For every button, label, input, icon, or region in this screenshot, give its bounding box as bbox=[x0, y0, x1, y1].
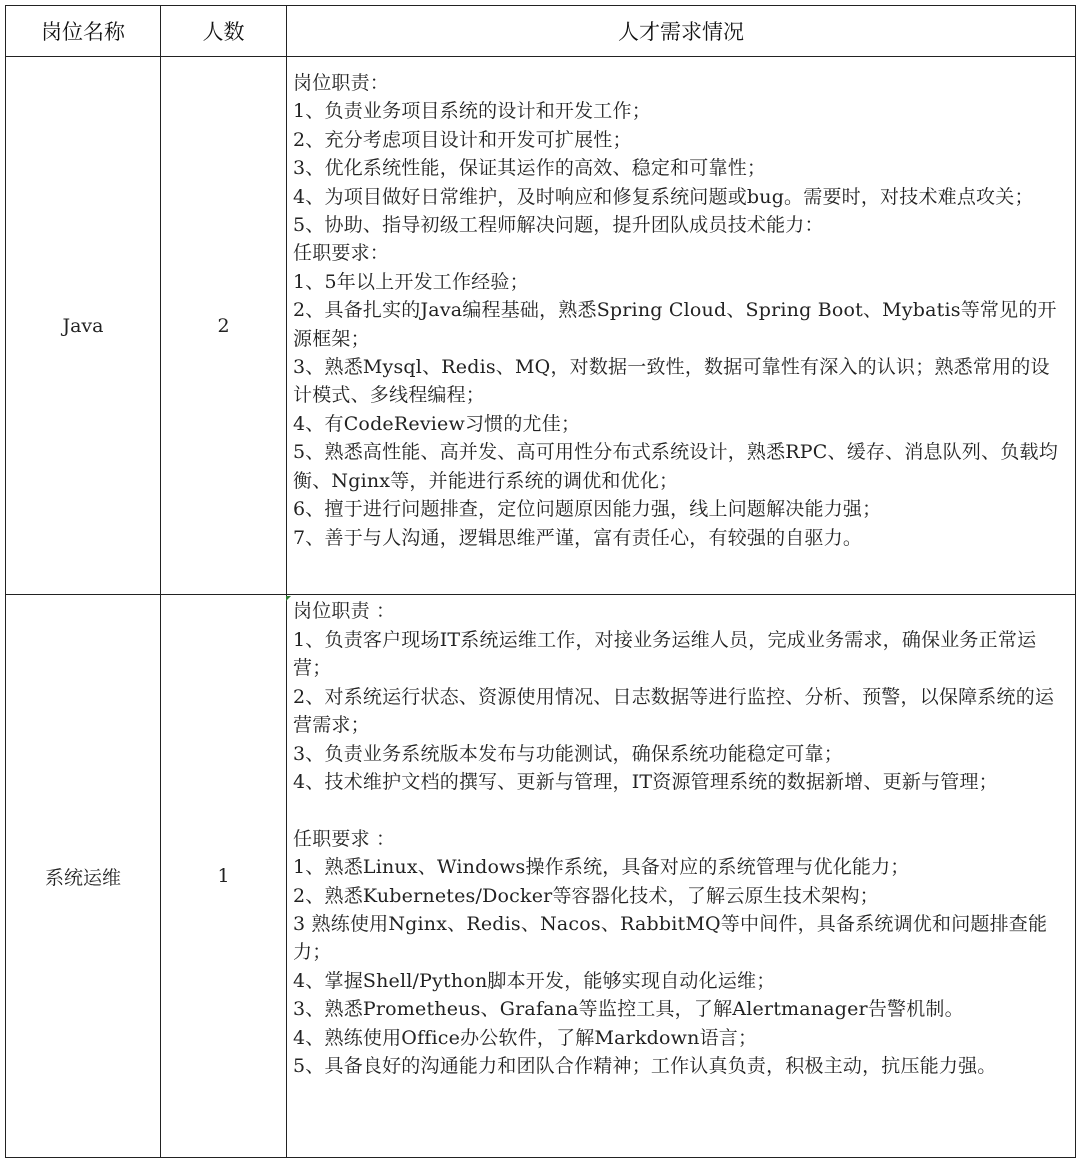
list-item: 3 熟练使用Nginx、Redis、Nacos、RabbitMQ等中间件，具备系… bbox=[293, 910, 1067, 967]
list-item: 3、优化系统性能，保证其运作的高效、稳定和可靠性； bbox=[293, 154, 1067, 182]
count-cell: 1 bbox=[161, 595, 287, 1158]
job-requirements-table: 岗位名称 人数 人才需求情况 Java 2 岗位职责： 1、负责业务项目系统的设… bbox=[5, 5, 1076, 1158]
list-item: 3、熟悉Mysql、Redis、MQ，对数据一致性，数据可靠性有深入的认识；熟悉… bbox=[293, 353, 1067, 410]
header-row: 岗位名称 人数 人才需求情况 bbox=[6, 6, 1076, 57]
table-row-java: Java 2 岗位职责： 1、负责业务项目系统的设计和开发工作； 2、充分考虑项… bbox=[6, 57, 1076, 595]
list-item: 2、熟悉Kubernetes/Docker等容器化技术，了解云原生技术架构； bbox=[293, 882, 1067, 910]
list-item: 4、掌握Shell/Python脚本开发，能够实现自动化运维； bbox=[293, 967, 1067, 995]
section-title-requirements: 任职要求： bbox=[293, 239, 1067, 267]
list-item: 3、负责业务系统版本发布与功能测试，确保系统功能稳定可靠； bbox=[293, 740, 1067, 768]
table-row-ops: 系统运维 1 岗位职责 ： 1、负责客户现场IT系统运维工作，对接业务运维人员，… bbox=[6, 595, 1076, 1158]
list-item: 5、熟悉高性能、高并发、高可用性分布式系统设计，熟悉RPC、缓存、消息队列、负载… bbox=[293, 438, 1067, 495]
list-item: 2、具备扎实的Java编程基础，熟悉Spring Cloud、Spring Bo… bbox=[293, 296, 1067, 353]
list-item: 1、负责客户现场IT系统运维工作，对接业务运维人员，完成业务需求，确保业务正常运… bbox=[293, 626, 1067, 683]
count-cell: 2 bbox=[161, 57, 287, 595]
list-item: 5、协助、指导初级工程师解决问题，提升团队成员技术能力： bbox=[293, 211, 1067, 239]
section-title-duties: 岗位职责： bbox=[293, 69, 1067, 97]
list-item: 4、技术维护文档的撰写、更新与管理，IT资源管理系统的数据新增、更新与管理； bbox=[293, 768, 1067, 796]
list-item: 1、5年以上开发工作经验； bbox=[293, 268, 1067, 296]
position-cell: 系统运维 bbox=[6, 595, 161, 1158]
header-requirements: 人才需求情况 bbox=[287, 6, 1076, 57]
cell-comment-marker-icon bbox=[286, 596, 291, 601]
list-item: 2、充分考虑项目设计和开发可扩展性； bbox=[293, 126, 1067, 154]
requirements-cell: 岗位职责 ： 1、负责客户现场IT系统运维工作，对接业务运维人员，完成业务需求，… bbox=[287, 595, 1076, 1158]
list-item: 4、有CodeReview习惯的尤佳； bbox=[293, 410, 1067, 438]
requirements-cell: 岗位职责： 1、负责业务项目系统的设计和开发工作； 2、充分考虑项目设计和开发可… bbox=[287, 57, 1076, 595]
section-title-requirements: 任职要求 ： bbox=[293, 825, 1067, 853]
header-count: 人数 bbox=[161, 6, 287, 57]
list-item: 7、善于与人沟通，逻辑思维严谨，富有责任心，有较强的自驱力。 bbox=[293, 524, 1067, 552]
list-item: 3、熟悉Prometheus、Grafana等监控工具，了解Alertmanag… bbox=[293, 995, 1067, 1023]
list-item: 1、熟悉Linux、Windows操作系统，具备对应的系统管理与优化能力； bbox=[293, 853, 1067, 881]
list-item: 6、擅于进行问题排查，定位问题原因能力强，线上问题解决能力强； bbox=[293, 495, 1067, 523]
list-item: 4、熟练使用Office办公软件，了解Markdown语言； bbox=[293, 1024, 1067, 1052]
header-position: 岗位名称 bbox=[6, 6, 161, 57]
blank-line bbox=[293, 796, 1067, 824]
section-title-duties: 岗位职责 ： bbox=[293, 597, 1067, 625]
list-item: 1、负责业务项目系统的设计和开发工作； bbox=[293, 97, 1067, 125]
list-item: 5、具备良好的沟通能力和团队合作精神；工作认真负责，积极主动，抗压能力强。 bbox=[293, 1052, 1067, 1080]
list-item: 4、为项目做好日常维护，及时响应和修复系统问题或bug。需要时，对技术难点攻关； bbox=[293, 183, 1067, 211]
list-item: 2、对系统运行状态、资源使用情况、日志数据等进行监控、分析、预警，以保障系统的运… bbox=[293, 683, 1067, 740]
position-cell: Java bbox=[6, 57, 161, 595]
